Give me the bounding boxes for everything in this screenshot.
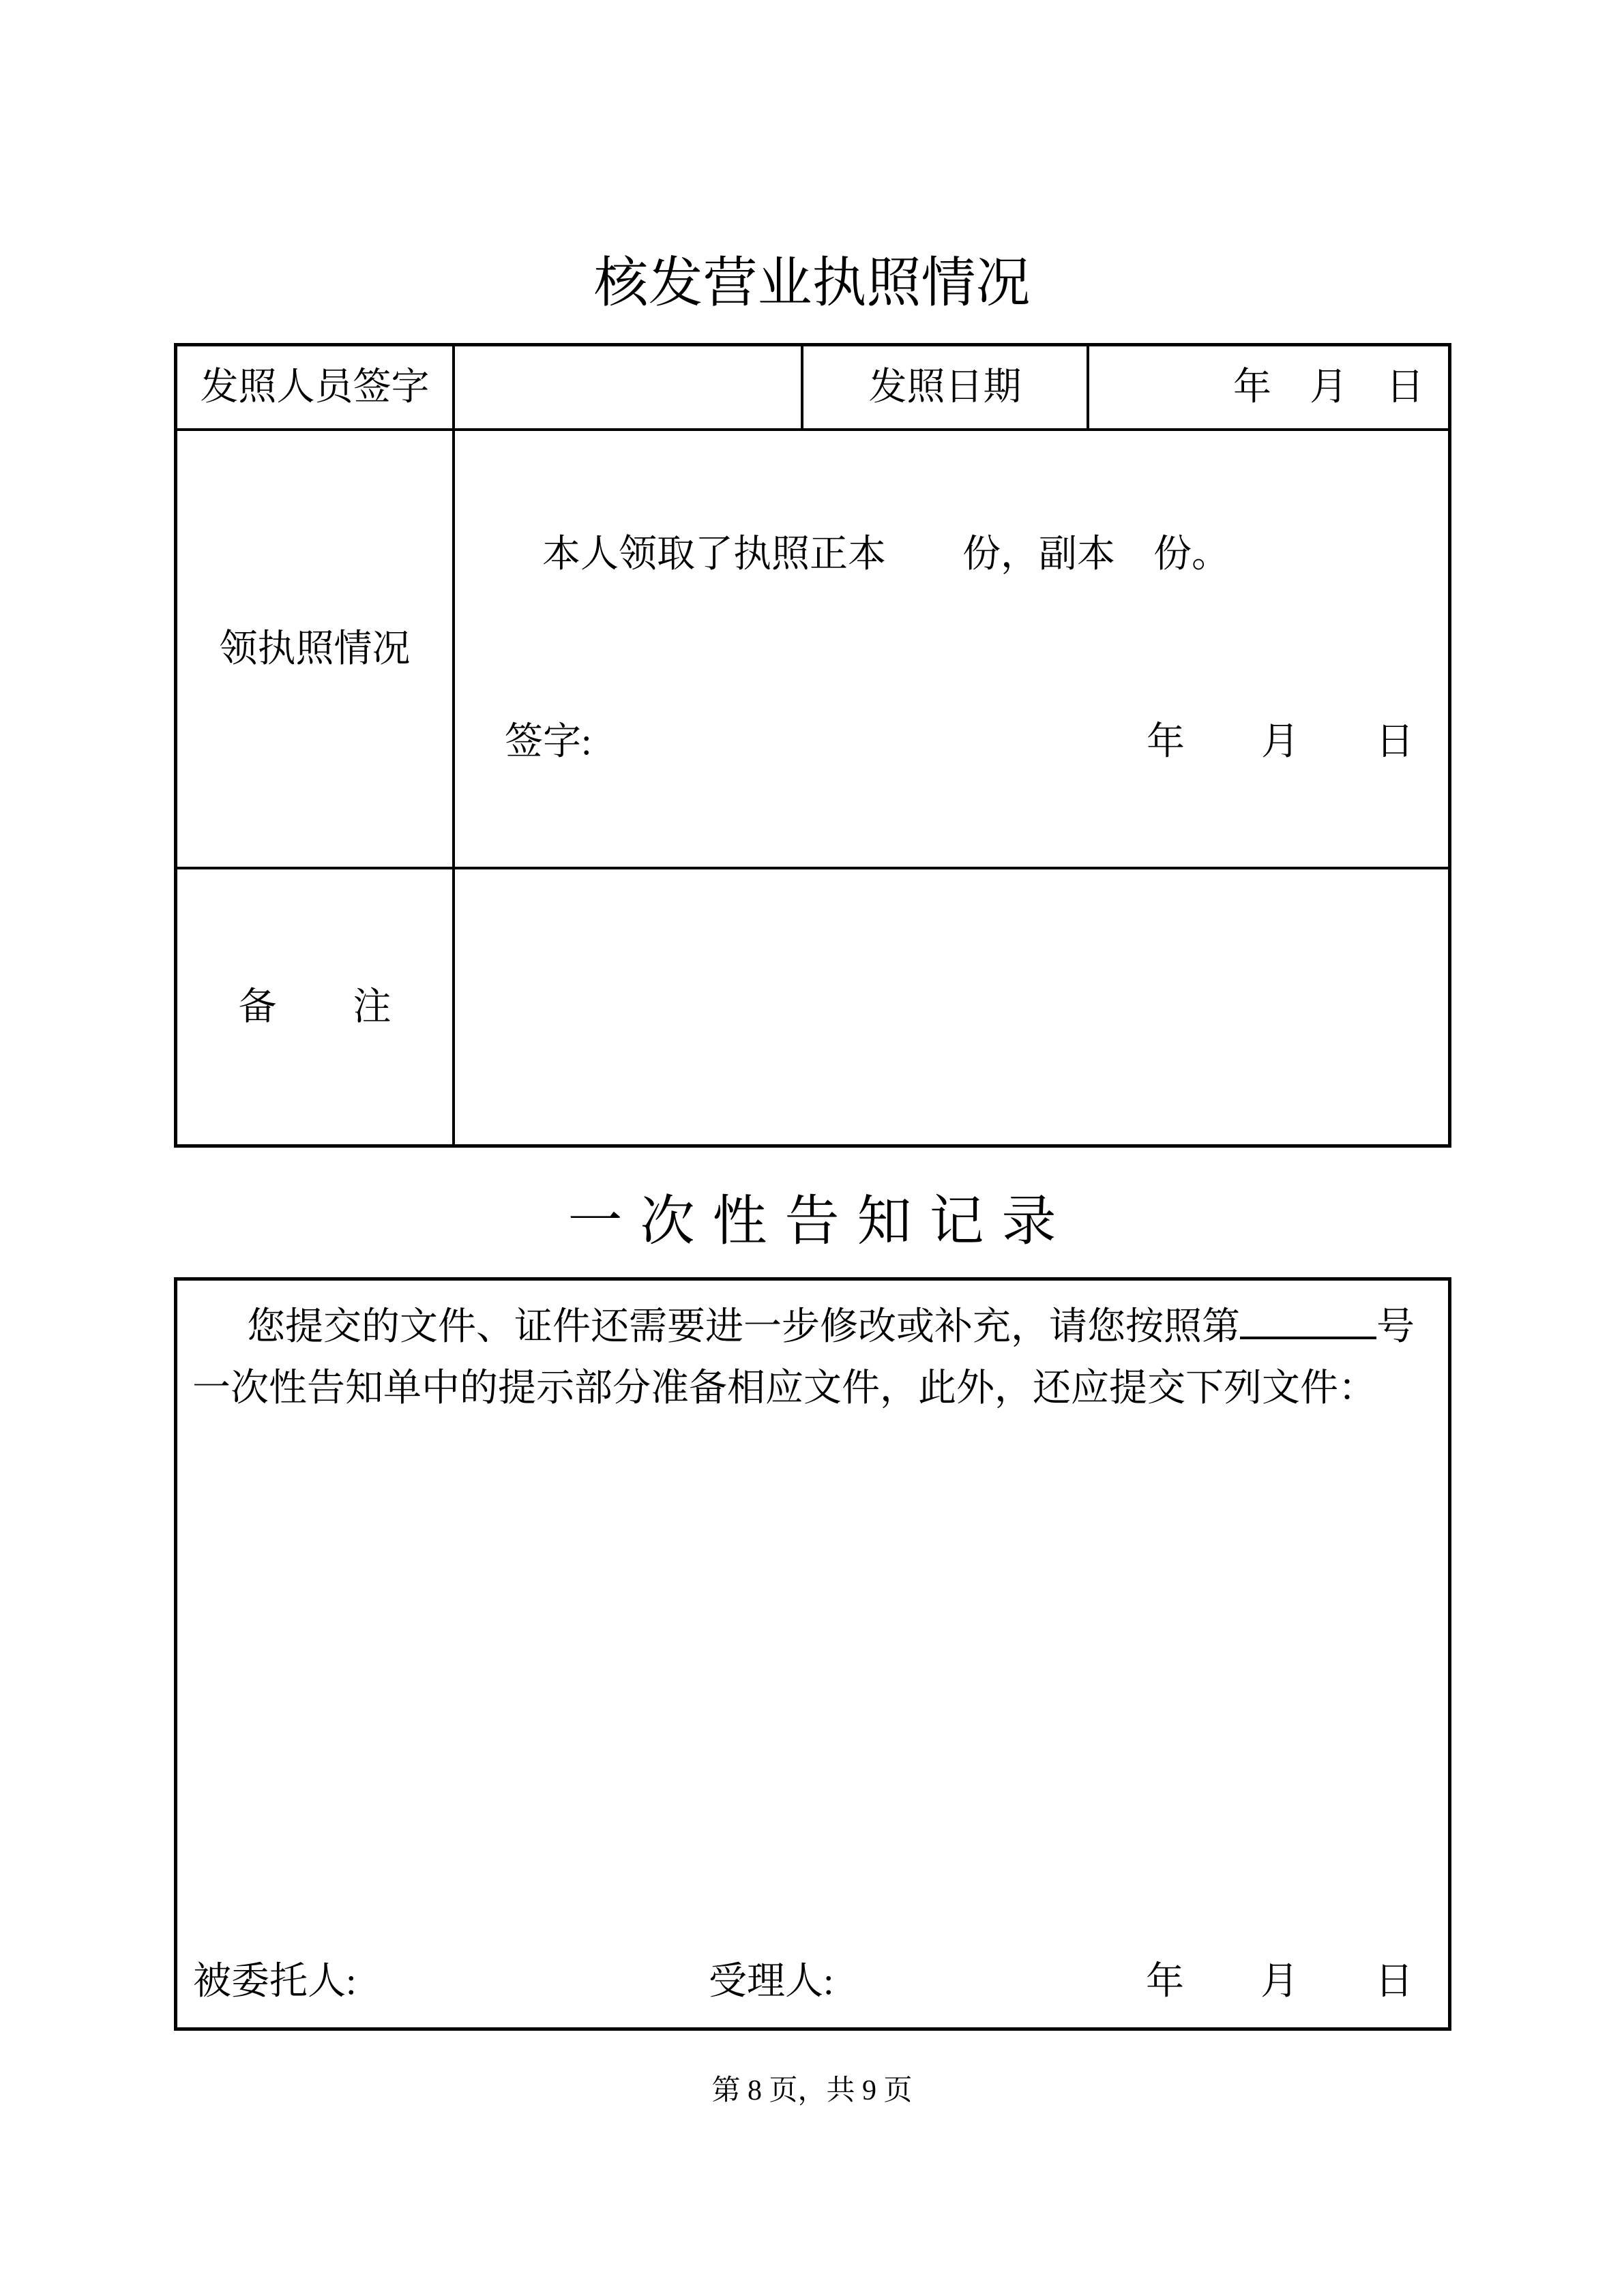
remarks-value-cell (455, 869, 1448, 1144)
notice-section-title: 一次性告知记录 (0, 1192, 1624, 1252)
issue-date-value-cell: 年 月 日 (1089, 346, 1448, 431)
delegate-label: 被委托人: (193, 1960, 357, 2003)
license-table: 发照人员签字 发照日期 年 月 日 领执照情况 本人领取了执照正本 份，副本 份… (174, 343, 1451, 1148)
receipt-sign-date: 年 月 日 (1147, 721, 1414, 763)
receipt-content-cell: 本人领取了执照正本 份，副本 份。 签字: 年 月 日 (455, 431, 1448, 869)
remarks-label-cell: 备 注 (177, 869, 455, 1144)
notice-date: 年 月 日 (1146, 1960, 1413, 2003)
notice-text-after-blank: 号 (1376, 1306, 1415, 1348)
receipt-statement: 本人领取了执照正本 份，副本 份。 (542, 533, 1230, 576)
notice-text-before-blank: 您提交的文件、证件还需要进一步修改或补充，请您按照第 (247, 1306, 1240, 1348)
issue-date-label-cell: 发照日期 (803, 346, 1089, 431)
notice-paragraph-line1: 您提交的文件、证件还需要进一步修改或补充，请您按照第号 (192, 1296, 1434, 1358)
notice-box: 您提交的文件、证件还需要进一步修改或补充，请您按照第号 一次性告知单中的提示部分… (174, 1277, 1451, 2031)
issuer-sign-value-cell (455, 346, 803, 431)
page-footer: 第 8 页，共 9 页 (0, 2073, 1624, 2108)
acceptor-label: 受理人: (709, 1960, 834, 2003)
notice-paragraph-line2: 一次性告知单中的提示部分准备相应文件，此外，还应提交下列文件： (192, 1358, 1434, 1419)
issuer-sign-label-cell: 发照人员签字 (177, 346, 455, 431)
notice-paragraph: 您提交的文件、证件还需要进一步修改或补充，请您按照第号 一次性告知单中的提示部分… (177, 1281, 1448, 1419)
license-section-title: 核发营业执照情况 (0, 254, 1624, 314)
notice-bottom-row: 被委托人: 受理人: 年 月 日 (177, 1960, 1448, 2003)
document-page: 核发营业执照情况 发照人员签字 发照日期 年 月 日 领执照情况 本人领取了执照… (0, 0, 1624, 2296)
receipt-label-cell: 领执照情况 (177, 431, 455, 869)
notice-number-blank (1240, 1298, 1376, 1339)
receipt-sign-label: 签字: (505, 721, 592, 763)
receipt-sign-row: 签字: 年 月 日 (505, 721, 1414, 763)
